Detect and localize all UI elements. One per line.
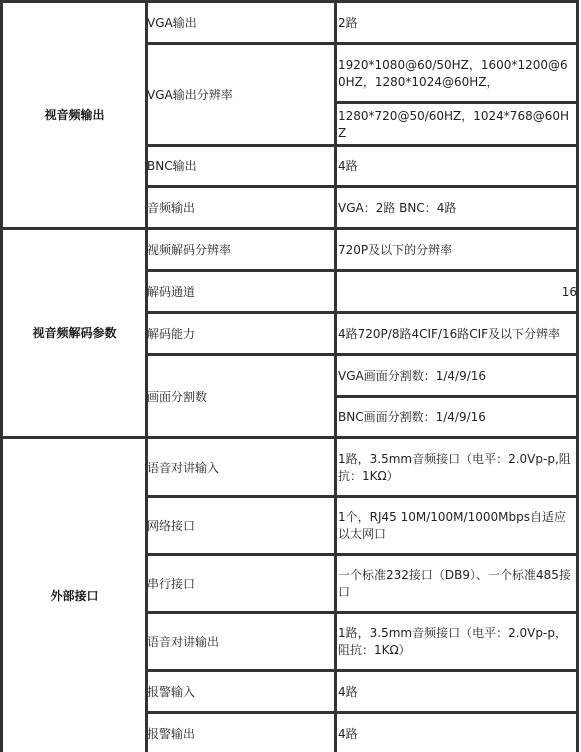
row-value-alarm-output: 4路: [337, 714, 577, 752]
table-border-top: [0, 0, 579, 3]
row-label-alarm-output: 报警输出: [146, 714, 335, 752]
row-label-serial: 串行接口: [146, 556, 335, 612]
table-border-right: [576, 0, 579, 752]
row-divider: [334, 395, 579, 398]
row-label-vga-resolution: VGA输出分辨率: [146, 45, 335, 145]
row-value-screen-split-vga: VGA画面分割数：1/4/9/16: [337, 356, 577, 396]
row-label-audio-output: 音频输出: [146, 188, 335, 228]
row-divider: [145, 353, 579, 356]
row-label-decode-channels: 解码通道: [146, 272, 335, 312]
row-divider: [145, 311, 579, 314]
row-divider: [145, 611, 579, 614]
group-label-text: 视音频解码参数: [32, 325, 116, 342]
row-value-audio-output: VGA：2路 BNC：4路: [337, 188, 577, 228]
row-divider: [334, 101, 579, 104]
row-value-serial: 一个标准232接口（DB9）、一个标准485接口: [337, 556, 577, 612]
row-label-talk-output: 语音对讲输出: [146, 614, 335, 670]
group-label-text: 外部接口: [50, 588, 98, 605]
row-divider: [145, 42, 579, 45]
row-label-bnc-output: BNC输出: [146, 147, 335, 186]
row-divider: [145, 669, 579, 672]
row-value-alarm-input: 4路: [337, 672, 577, 712]
row-divider: [145, 144, 579, 147]
row-label-network: 网络接口: [146, 498, 335, 554]
row-divider: [145, 553, 579, 556]
row-value-network: 1个，RJ45 10M/100M/1000Mbps自适应以太网口: [337, 498, 577, 554]
row-label-alarm-input: 报警输入: [146, 672, 335, 712]
row-divider: [145, 495, 579, 498]
row-value-screen-split-bnc: BNC画面分割数：1/4/9/16: [337, 398, 577, 436]
group-divider: [0, 227, 579, 230]
row-divider: [145, 185, 579, 188]
column-divider-label: [145, 0, 148, 752]
row-value-decode-capability: 4路720P/8路4CIF/16路CIF及以下分辨率: [337, 314, 577, 354]
row-label-talk-input: 语音对讲输入: [146, 440, 335, 496]
row-label-screen-split: 画面分割数: [146, 356, 335, 438]
row-divider: [145, 269, 579, 272]
group-label-decode-params: 视音频解码参数: [3, 230, 146, 436]
row-value-bnc-output: 4路: [337, 147, 577, 186]
row-label-decode-resolution: 视频解码分辨率: [146, 230, 335, 270]
table-border-left: [0, 0, 3, 752]
spec-table: 视音频输出 VGA输出 2路 VGA输出分辨率 1920*1080@60/50H…: [0, 0, 581, 752]
group-label-external-interfaces: 外部接口: [3, 440, 146, 752]
row-label-decode-capability: 解码能力: [146, 314, 335, 354]
row-value-decode-channels: 16: [337, 272, 577, 312]
row-label-vga-output: VGA输出: [146, 3, 335, 43]
row-value-talk-input: 1路，3.5mm音频接口（电平：2.0Vp-p,阻抗：1KΩ）: [337, 440, 577, 496]
row-value-talk-output: 1路，3.5mm音频接口（电平：2.0Vp-p，阻抗：1KΩ）: [337, 614, 577, 670]
group-label-av-output: 视音频输出: [3, 3, 146, 228]
column-divider-value: [334, 0, 337, 752]
row-value-vga-resolution-2: 1280*720@50/60HZ，1024*768@60HZ: [337, 104, 577, 145]
row-value-vga-resolution-1: 1920*1080@60/50HZ，1600*1200@60HZ，1280*10…: [337, 45, 577, 102]
row-value-vga-output: 2路: [337, 3, 577, 43]
group-label-text: 视音频输出: [44, 107, 104, 124]
row-value-decode-resolution: 720P及以下的分辨率: [337, 230, 577, 270]
row-divider: [145, 711, 579, 714]
group-divider: [0, 436, 579, 439]
